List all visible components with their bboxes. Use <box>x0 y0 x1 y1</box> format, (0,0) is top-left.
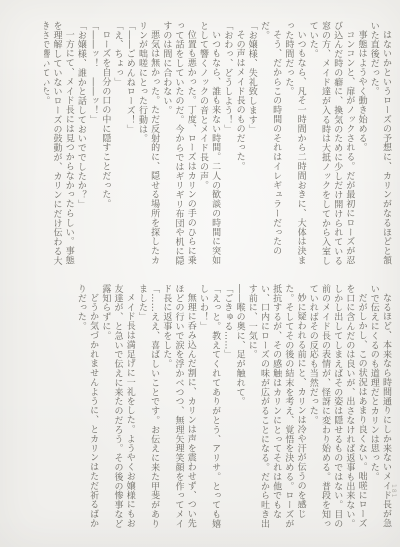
dialogue-line: ――喉の奥に、足が触れて。 <box>233 284 245 536</box>
text-block-bottom: なるほど、本来なら時間通りにしか来ないメイド長が急いで伝えにくるのも道理だとカリ… <box>44 284 392 536</box>
dialogue-line: 「おわっ、どうしよう！」 <box>221 21 233 269</box>
dialogue-line: 「ごきゅる……」 <box>221 284 233 536</box>
narration-paragraph: コンコンと、扉がノックされる。だが最初にローズが忍び込んだ時の癖に、換気のために… <box>307 21 356 269</box>
narration-paragraph: 無理に呑み込んだ割に、カリンは声を震わせず、つい先ほどの行いで涙を浮かべつつ、無… <box>160 284 197 536</box>
dialogue-line: 「えっと。教えてくれてありがとう、アリサ。とっても嬉しいわ！」 <box>197 284 221 536</box>
narration-paragraph: なるほど、本来なら時間通りにしか来ないメイド長が急いで伝えにくるのも道理だとカリ… <box>368 284 392 536</box>
dialogue-line: 「……ええ、喜ばしいことです。お伝えに来た甲斐がありました」 <box>136 284 160 536</box>
page-number: 181 <box>390 484 397 498</box>
narration-paragraph: 位置も悪かった。丁度、ローズはカリンの手のひらに乗って話をしていたのだ。今からで… <box>160 21 197 269</box>
narration-paragraph: いつもなら、凡そ一時間から二時間おきに、大体は決まった時間だった。 <box>282 21 306 269</box>
narration-paragraph: メイド長は満足げに一礼をした。ようやくお嬢様にもお友達が、と急いで伝えに来たのだ… <box>99 284 136 536</box>
dialogue-line: 「――ごめんねローズ！」 <box>124 21 136 269</box>
dialogue-line: 「お嬢様、誰かと話しておいででしたか？」 <box>75 21 87 269</box>
narration-paragraph: ローズを自分の口の中に隠すことだった。 <box>99 21 111 269</box>
narration-paragraph: どうか気づかれませんように、とカリンはただ祈るばかりだった。 <box>75 284 99 536</box>
narration-paragraph: いつもなら、誰も来ない時間。二人の歓談の時間に突如として響くノックの音とメイド長… <box>197 21 221 269</box>
narration-paragraph: はないかというローズの予想に、カリンがなるほどと頷いた直後だった。 <box>368 21 392 269</box>
narration-paragraph: だがしかし、この状況はあまり良くない。咄嗟にローズを口に含んだのは良いが、出さな… <box>307 284 368 536</box>
dialogue-line: 「お嬢様、失礼致します」 <box>246 21 258 269</box>
text-block-top: はないかというローズの予想に、カリンがなるほどと頷いた直後だった。事態はようやく… <box>44 21 392 269</box>
narration-paragraph: 一方にて、メイド長には見つからなかったらしい。事態を理解していないローズの鼓動が… <box>44 21 75 269</box>
narration-paragraph: 事態はようやく動き始める。 <box>355 21 367 269</box>
scanned-book-page: はないかというローズの予想に、カリンがなるほどと頷いた直後だった。事態はようやく… <box>0 0 400 547</box>
dialogue-line: 「――ッ！ ――ッ！」 <box>87 21 99 269</box>
dialogue-line: 「え、ちょっ」 <box>111 21 123 269</box>
narration-paragraph: そう、だからこの時間のそれはイレギュラーだったのだ。 <box>258 21 282 269</box>
narration-paragraph: 妙に疑われる前にと、カリンは冷や汗が伝うのを感じた。そしてその後の結末を考え、覚… <box>246 284 307 536</box>
narration-paragraph: その声はメイド長のものだった。 <box>233 21 245 269</box>
narration-paragraph: 悪気は無かった。ただ反射的に、隠せる場所を探したカリンが咄嗟にとった行動は。 <box>136 21 160 269</box>
